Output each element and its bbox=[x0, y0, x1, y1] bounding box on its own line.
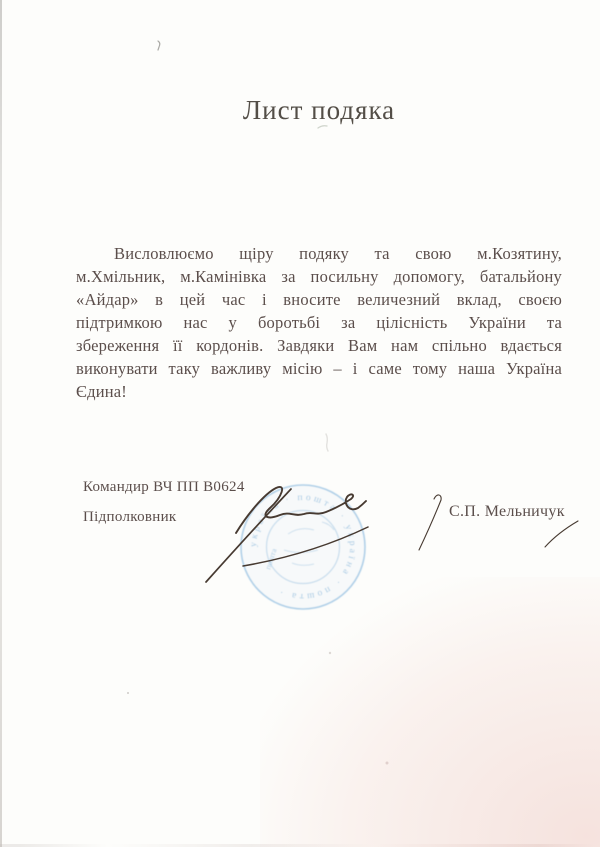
body-line-6: виконувати таку важливу місію – і саме т… bbox=[76, 357, 562, 380]
letter-title: Лист подяка bbox=[76, 95, 562, 126]
scanned-letter-page: Лист подяка Висловлюємо щіру подяку та с… bbox=[0, 0, 600, 847]
body-line-5: збереження її кордонів. Завдяки Вам нам … bbox=[76, 334, 562, 357]
stamp-inner-text: пошта bbox=[263, 547, 278, 571]
scan-artifact-left-edge bbox=[0, 0, 2, 847]
commander-signature-icon bbox=[206, 487, 368, 582]
letter-body: Висловлюємо щіру подяку та свою м.Козяти… bbox=[76, 242, 562, 403]
signoff-rank: Підполковник bbox=[83, 509, 177, 526]
body-line-1: Висловлюємо щіру подяку та свою м.Козяти… bbox=[76, 242, 562, 265]
body-line-4: підтримкою нас у боротьбі за цілісність … bbox=[76, 311, 562, 334]
signoff-name: С.П. Мельничук bbox=[449, 503, 565, 521]
body-line-7: Єдина! bbox=[76, 380, 562, 403]
body-line-2: м.Хмільник, м.Камінівка за посильну допо… bbox=[76, 265, 562, 288]
signoff-position: Командир ВЧ ПП В0624 bbox=[83, 479, 245, 496]
body-line-3: «Айдар» в цей час і вносите величезний в… bbox=[76, 288, 562, 311]
scan-artifact-pink-blush bbox=[260, 577, 600, 847]
stamp-inner-marks bbox=[284, 522, 334, 565]
